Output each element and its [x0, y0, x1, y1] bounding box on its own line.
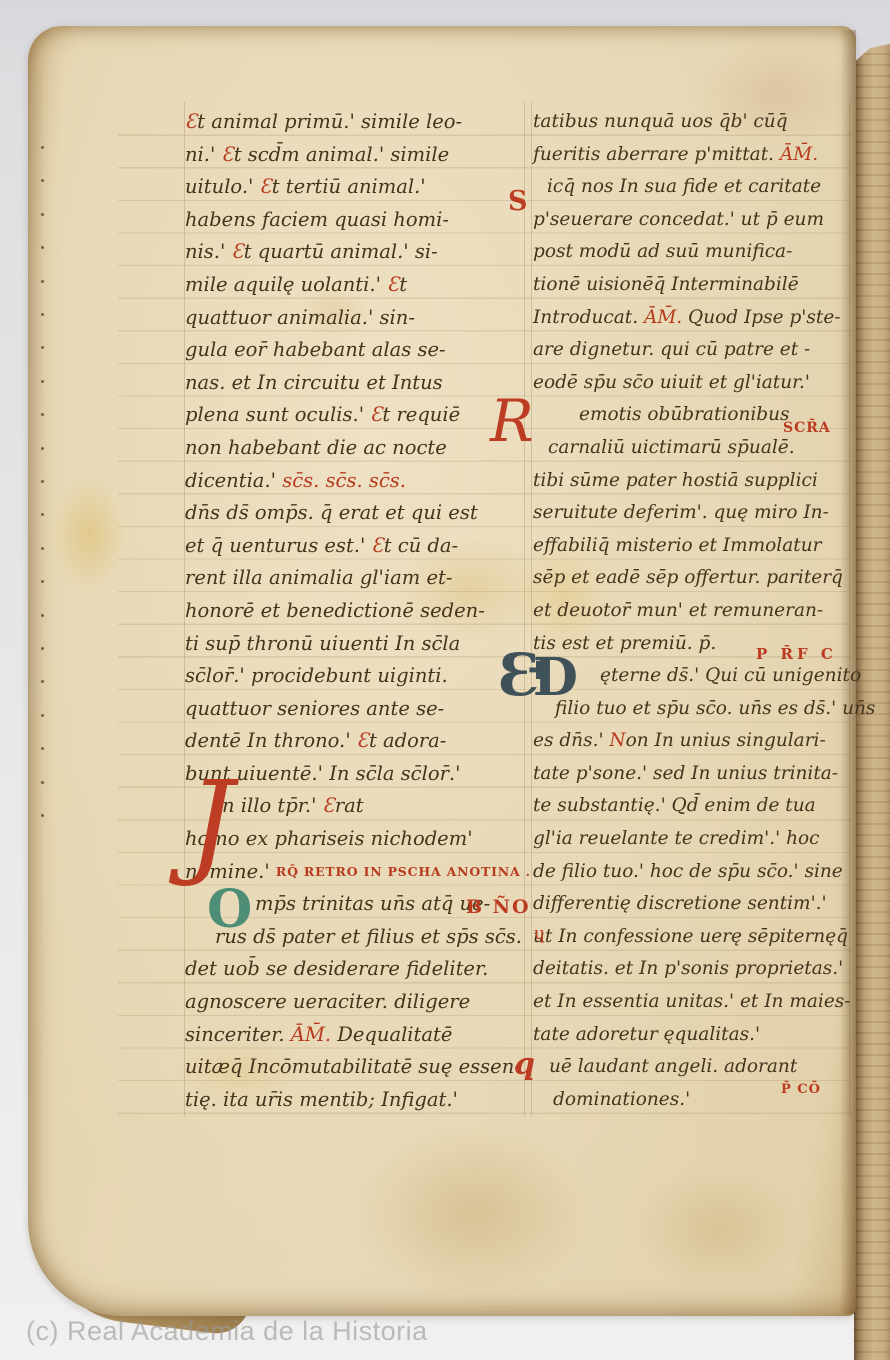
text-line: uitæq̄ Incōmutabilitatē suę essen- — [185, 1051, 525, 1084]
text-line: tate adoretur ęqualitas.' — [533, 1019, 855, 1052]
body-text: deitatis. et In p'sonis proprietas.' — [533, 958, 843, 979]
text-line: et In essentia unitas.' et In maies- — [533, 986, 855, 1019]
body-text: dentē In throno.' — [185, 729, 357, 752]
body-text: tibi sūme pater hostiā supplici — [533, 470, 818, 491]
rubric-text: Ɛ — [260, 175, 272, 198]
body-text: sinceriter. — [185, 1023, 291, 1046]
cross-icon: ✚ — [528, 656, 549, 685]
text-line: Ɛt animal primū.' simile leo- — [185, 106, 525, 139]
text-line: quattuor animalia.' sin- — [185, 302, 525, 335]
body-text: non habebant die ac nocte — [185, 436, 447, 459]
body-text: icq̄ nos In sua fide et caritate — [547, 176, 821, 197]
text-line: mile aquilę uolanti.' Ɛt — [185, 269, 525, 302]
rubric-text: RQ̄ RETRO IN PSCHA ANOTINA . — [276, 864, 531, 879]
rubric-text: N — [609, 730, 625, 751]
text-line: dn̄s ds̄ omp̄s. q̄ erat et qui est — [185, 497, 525, 530]
body-text: te substantię.' Qd̄ enim de tua — [533, 795, 816, 816]
text-line: icq̄ nos In sua fide et caritate — [533, 171, 855, 204]
body-text: t quartū animal.' si- — [244, 240, 438, 263]
text-line: tatibus nunquā uos q̄b' cūq̄ — [533, 106, 855, 139]
text-line: tionē uisionēq̄ Interminabilē — [533, 269, 855, 302]
text-line: n illo tp̄r.' Ɛrat — [185, 790, 525, 823]
pricking-dot — [41, 280, 44, 283]
text-line: effabiliq̄ misterio et Immolatur — [533, 530, 855, 563]
pricking-dot — [41, 213, 44, 216]
body-text: t — [399, 273, 407, 296]
body-text: et In essentia unitas.' et In maies- — [533, 991, 851, 1012]
body-text: uē laudant angeli. adorant — [549, 1056, 797, 1077]
body-text: uitulo.' — [185, 175, 260, 198]
body-text: post modū ad suū munifica- — [533, 241, 792, 262]
text-line: ut In confessione uerę sēpiternęq̄ — [533, 921, 855, 954]
rubric-text: Ɛ — [370, 403, 382, 426]
text-line: es dn̄s.' Non In unius singulari- — [533, 725, 855, 758]
text-line: Introducat. ĀM̄. Quod Ipse p'ste- — [533, 302, 855, 335]
body-text: mile aquilę uolanti.' — [185, 273, 387, 296]
body-text: tate adoretur ęqualitas.' — [533, 1024, 760, 1045]
pricking-dot — [41, 781, 44, 784]
body-text: t cū da- — [384, 534, 458, 557]
initial-O: O — [207, 884, 252, 936]
body-text: Quod Ipse p'ste- — [682, 307, 840, 328]
text-line: ti sup̄ thronū uiuenti In sc̄la — [185, 628, 525, 661]
text-line: dentē In throno.' Ɛt adora- — [185, 725, 525, 758]
body-text: mp̄s trinitas un̄s atq̄ ue- — [255, 892, 490, 915]
text-line: honorē et benedictionē seden- — [185, 595, 525, 628]
rubric-text: Ɛ — [185, 110, 197, 133]
pricking-dot — [41, 614, 44, 617]
text-line: tię. ita ur̄is mentib; Infigat.' — [185, 1084, 525, 1117]
body-text: t animal primū.' simile leo- — [197, 110, 462, 133]
text-line: plena sunt oculis.' Ɛt requiē — [185, 399, 525, 432]
body-text: t requiē — [382, 403, 460, 426]
body-text: sc̄lor̄.' procidebunt uiginti. — [185, 664, 448, 687]
body-text: ęterne ds̄.' Qui cū unigenito — [600, 665, 861, 686]
body-text: are dignetur. qui cū patre et - — [533, 339, 810, 360]
body-text: on In unius singulari- — [626, 730, 826, 751]
paragraph-mark: ɥ — [534, 926, 545, 943]
text-line: quattuor seniores ante se- — [185, 693, 525, 726]
copyright-watermark: (c) Real Academia de la Historia — [26, 1316, 428, 1347]
text-line: sc̄lor̄.' procidebunt uiginti. — [185, 660, 525, 693]
text-line: et deuotor̄ mun' et remuneran- — [533, 595, 855, 628]
body-text: tatibus nunquā uos q̄b' cūq̄ — [533, 111, 788, 132]
text-line: det uob̄ se desiderare fideliter. — [185, 953, 525, 986]
pricking-dot — [41, 480, 44, 483]
ruling-vertical — [531, 102, 532, 1116]
initial-S: S — [508, 188, 528, 215]
rubric-text: Ɛ — [232, 240, 244, 263]
text-line: gula eor̄ habebant alas se- — [185, 334, 525, 367]
body-text: Dequalitatē — [331, 1023, 452, 1046]
text-line: agnoscere ueraciter. diligere — [185, 986, 525, 1019]
body-text: tię. ita ur̄is mentib; Infigat.' — [185, 1088, 458, 1111]
initial-Q: q — [514, 1050, 535, 1080]
body-text: nis.' — [185, 240, 232, 263]
body-text: honorē et benedictionē seden- — [185, 599, 485, 622]
body-text: gl'ia reuelante te credim'.' hoc — [533, 828, 820, 849]
text-line: homo ex phariseis nichodem' — [185, 823, 525, 856]
pricking-dot — [41, 647, 44, 650]
text-line: fueritis aberrare p'mittat. ĀM̄. — [533, 139, 855, 172]
rubric-text: sc̄s. sc̄s. sc̄s. — [282, 469, 406, 492]
rubric-prefatio: P R̄F C — [756, 645, 837, 663]
rubric-text: ĀM̄. — [644, 307, 682, 328]
body-text: dominationes.' — [553, 1089, 690, 1110]
text-line: rent illa animalia gl'iam et- — [185, 562, 525, 595]
pricking-dot — [41, 714, 44, 717]
body-text: t adora- — [369, 729, 446, 752]
pricking-dot — [41, 814, 44, 817]
text-line: eodē sp̄u sc̄o uiuit et gl'iatur.' — [533, 367, 855, 400]
pricking-dot — [41, 146, 44, 149]
text-line: et q̄ uenturus est.' Ɛt cū da- — [185, 530, 525, 563]
body-text: agnoscere ueraciter. diligere — [185, 990, 470, 1013]
text-line: seruitute deferim'. quę miro In- — [533, 497, 855, 530]
body-text: et q̄ uenturus est.' — [185, 534, 372, 557]
text-line: non habebant die ac nocte — [185, 432, 525, 465]
text-line: gl'ia reuelante te credim'.' hoc — [533, 823, 855, 856]
manuscript-photo: Ɛt animal primū.' simile leo-ni.' Ɛt scd… — [0, 0, 890, 1360]
text-line: ni.' Ɛt scd̄m animal.' simile — [185, 139, 525, 172]
body-text: differentię discretione sentim'.' — [533, 893, 827, 914]
rubric-postcommunio: P̄ CŌ — [781, 1082, 821, 1097]
rubric-benedictio: B ÑO — [466, 896, 531, 918]
vd-monogram: ƐD ✚ — [498, 644, 584, 708]
text-line: nas. et In circuitu et Intus — [185, 367, 525, 400]
body-text: de filio tuo.' hoc de sp̄u sc̄o.' sine — [533, 861, 843, 882]
body-text: quattuor animalia.' sin- — [185, 306, 415, 329]
body-text: rat — [335, 794, 364, 817]
body-text: quattuor seniores ante se- — [185, 697, 444, 720]
rubric-text: ĀM̄. — [291, 1023, 331, 1046]
body-text: effabiliq̄ misterio et Immolatur — [533, 535, 821, 556]
text-line: uitulo.' Ɛt tertiū animal.' — [185, 171, 525, 204]
text-column-right: tatibus nunquā uos q̄b' cūq̄fueritis abe… — [533, 106, 855, 1116]
body-text: plena sunt oculis.' — [185, 403, 370, 426]
text-line: te substantię.' Qd̄ enim de tua — [533, 790, 855, 823]
rubric-text: ĀM̄. — [780, 144, 818, 165]
pricking-dot — [41, 547, 44, 550]
text-line: carnaliū uictimarū sp̄ualē. — [533, 432, 855, 465]
text-line: uē laudant angeli. adorant — [533, 1051, 855, 1084]
body-text: t tertiū animal.' — [272, 175, 426, 198]
rubric-text: Ɛ — [387, 273, 399, 296]
body-text: tate p'sone.' sed In unius trinita- — [533, 763, 838, 784]
body-text: et deuotor̄ mun' et remuneran- — [533, 600, 823, 621]
rubric-text: Ɛ — [323, 794, 335, 817]
body-text: filio tuo et sp̄u sc̄o. un̄s es ds̄.' un… — [555, 698, 875, 719]
rubric-text: Ɛ — [372, 534, 384, 557]
text-line: de filio tuo.' hoc de sp̄u sc̄o.' sine — [533, 856, 855, 889]
body-text: fueritis aberrare p'mittat. — [533, 144, 780, 165]
initial-R: R — [490, 392, 534, 450]
rubric-text: Ɛ — [222, 143, 234, 166]
body-text: ni.' — [185, 143, 222, 166]
body-text: seruitute deferim'. quę miro In- — [533, 502, 829, 523]
text-line: dicentia.' sc̄s. sc̄s. sc̄s. — [185, 465, 525, 498]
text-line: p'seuerare concedat.' ut p̄ eum — [533, 204, 855, 237]
body-text: Introducat. — [533, 307, 644, 328]
rubric-text: Ɛ — [357, 729, 369, 752]
body-text: nas. et In circuitu et Intus — [185, 371, 443, 394]
body-text: habens faciem quasi homi- — [185, 208, 449, 231]
pricking-dot — [41, 447, 44, 450]
body-text: tionē uisionēq̄ Interminabilē — [533, 274, 799, 295]
pricking-dot — [41, 313, 44, 316]
body-text: t scd̄m animal.' simile — [234, 143, 449, 166]
body-text: carnaliū uictimarū sp̄ualē. — [548, 437, 795, 458]
body-text: es dn̄s.' — [533, 730, 609, 751]
text-line: sēp et eadē sēp offertur. pariterq̄ — [533, 562, 855, 595]
text-line: tibi sūme pater hostiā supplici — [533, 465, 855, 498]
body-text: p'seuerare concedat.' ut p̄ eum — [533, 209, 824, 230]
body-text: ut In confessione uerę sēpiternęq̄ — [533, 926, 848, 947]
text-line: sinceriter. ĀM̄. Dequalitatē — [185, 1019, 525, 1052]
body-text: det uob̄ se desiderare fideliter. — [185, 957, 488, 980]
body-text: emotis obūbrationibus — [579, 404, 790, 425]
initial-J: J — [188, 766, 234, 880]
text-line: differentię discretione sentim'.' — [533, 888, 855, 921]
body-text: gula eor̄ habebant alas se- — [185, 338, 446, 361]
text-line: are dignetur. qui cū patre et - — [533, 334, 855, 367]
text-line: tate p'sone.' sed In unius trinita- — [533, 758, 855, 791]
body-text: ti sup̄ thronū uiuenti In sc̄la — [185, 632, 460, 655]
text-line: habens faciem quasi homi- — [185, 204, 525, 237]
body-text: rus ds̄ pater et filius et sp̄s sc̄s. — [215, 925, 522, 948]
body-text: n illo tp̄r.' — [222, 794, 323, 817]
rubric-secreta: SCR̄A — [783, 420, 831, 436]
pricking-dot — [41, 380, 44, 383]
text-line: nis.' Ɛt quartū animal.' si- — [185, 236, 525, 269]
body-text: dn̄s ds̄ omp̄s. q̄ erat et qui est — [185, 501, 478, 524]
body-text: sēp et eadē sēp offertur. pariterq̄ — [533, 567, 843, 588]
text-line: bunt uiuentē.' In sc̄la sc̄lor̄.' — [185, 758, 525, 791]
body-text: eodē sp̄u sc̄o uiuit et gl'iatur.' — [533, 372, 810, 393]
text-line: deitatis. et In p'sonis proprietas.' — [533, 953, 855, 986]
text-line: post modū ad suū munifica- — [533, 236, 855, 269]
body-text: dicentia.' — [185, 469, 282, 492]
body-text: rent illa animalia gl'iam et- — [185, 566, 452, 589]
body-text: uitæq̄ Incōmutabilitatē suę essen- — [185, 1055, 521, 1078]
text-column-left: Ɛt animal primū.' simile leo-ni.' Ɛt scd… — [185, 106, 525, 1116]
